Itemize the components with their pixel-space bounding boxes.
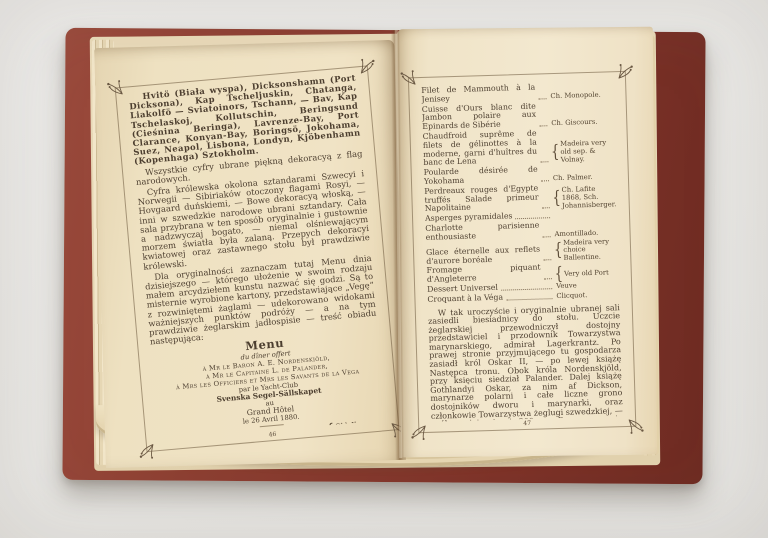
dot-leader [290,437,324,441]
wine-name: Madeira very old sep. & Volnay. [560,140,615,164]
dot-leader [506,298,552,300]
dish-name: Perdreaux rouges d'Egypte truffés Salade… [424,184,539,214]
dish-name: Chaudfroid suprême de filets de gélinott… [423,130,538,169]
corner-floral-ornament-icon [106,79,123,96]
right-page: Filet de Mammouth à la Jenisey Ch. Monop… [397,27,657,458]
dish-name: Croquant à la Véga [427,293,503,304]
dish-name: Charlotte parisienne enthousiaste [425,221,539,242]
wine-name: Ch. Lafite 1868, Sch. Johannisberger. [561,186,616,210]
brace-glyph: { [554,242,563,260]
left-page-border-frame: Hvitö (Biała wyspa), Dicksonshamn (Port … [115,65,400,452]
dot-leader [539,125,547,126]
dot-leader [544,278,552,279]
menu-divider [260,424,284,427]
menu-course-row: Chaudfroid suprême de filets de gélinott… [423,127,616,168]
dot-leader [540,161,548,162]
corner-floral-ornament-icon [618,63,634,79]
corner-floral-ornament-icon [400,69,416,85]
menu-header: Menu du dîner offertà Mr le Baron A. E. … [151,331,386,436]
dot-leader [516,217,551,219]
wine-pairing: {Very old Port [555,266,619,281]
dot-leader [542,207,550,208]
dot-leader [543,260,551,261]
wine-name: Clicquot. [556,291,619,300]
right-page-border-frame: Filet de Mammouth à la Jenisey Ch. Monop… [408,71,636,433]
right-course-list: Filet de Mammouth à la Jenisey Ch. Monop… [421,81,619,304]
dot-leader [539,98,547,99]
wine-name: Very old Port [564,269,619,278]
dot-leader [543,236,551,237]
left-page-text: Hvitö (Biała wyspa), Dicksonshamn (Port … [128,74,385,441]
dot-leader [501,288,552,291]
wine-name: Ch. d'Yquem. [328,436,385,440]
wine-name: Madeira very choice Ballentine. [563,238,618,262]
right-page-text: Filet de Mammouth à la Jenisey Ch. Monop… [421,78,623,422]
left-page: Hvitö (Biała wyspa), Dicksonshamn (Port … [94,40,406,468]
wine-pairing: {Madeira very choice Ballentine. [554,238,619,263]
paragraph-banquet: W tak uroczyście i oryginalnie ubranej s… [428,304,623,422]
book-photograph: Hvitö (Biała wyspa), Dicksonshamn (Port … [0,0,768,538]
dot-leader [541,180,549,181]
wine-pairing: {Ch. Lafite 1868, Sch. Johannisberger. [552,186,617,211]
wine-pairing: Clicquot. [555,291,619,300]
brace-glyph: { [552,190,561,208]
wine-pairing: Ch. d'Yquem. [327,436,385,440]
wine-pairing: {Madeira very old sep. & Volnay. [551,140,616,165]
brace-glyph: { [551,144,560,162]
dish-name: Cuisse d'Ours blanc dite Jambon polaire … [422,102,537,132]
brace-glyph: { [555,265,564,283]
corner-floral-ornament-icon [359,57,376,74]
dish-name: Fromage piquant d'Angleterre [427,264,541,285]
